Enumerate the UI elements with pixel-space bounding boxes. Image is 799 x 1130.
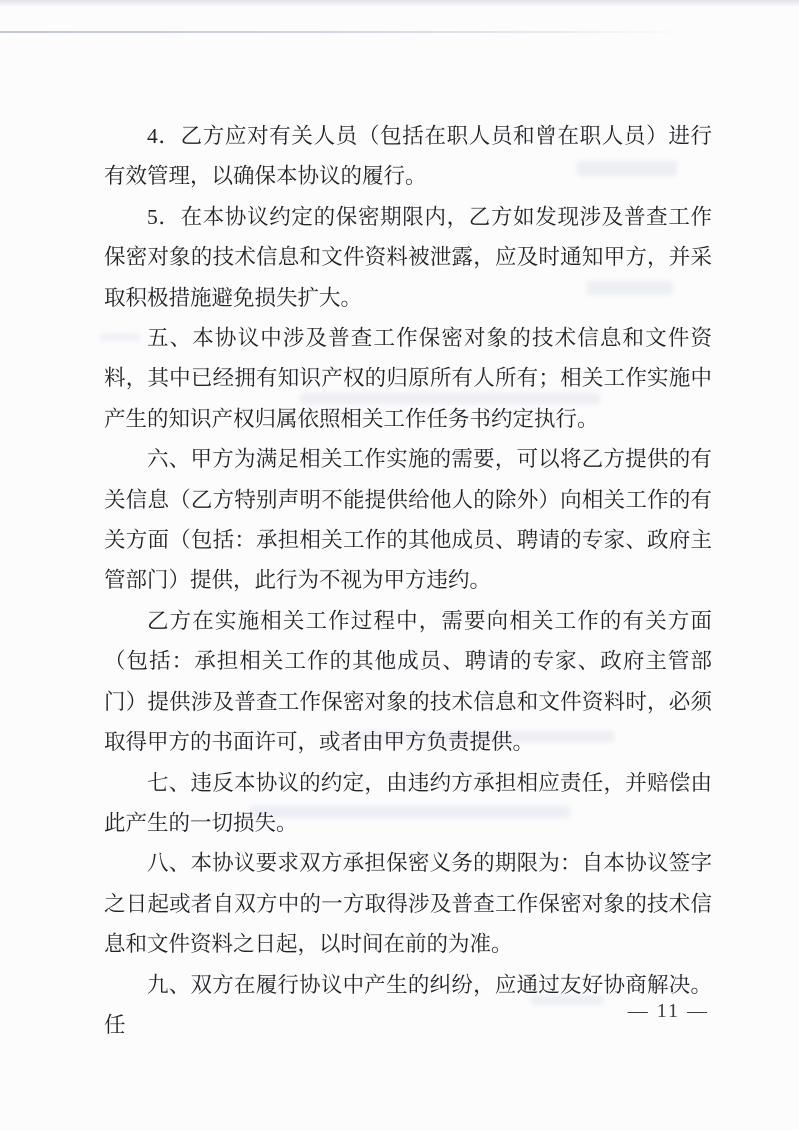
paragraph: 七、违反本协议的约定，由违约方承担相应责任，并赔偿由此产生的一切损失。 [104, 763, 712, 844]
paragraph: 5．在本协议约定的保密期限内，乙方如发现涉及普查工作保密对象的技术信息和文件资料… [104, 197, 712, 318]
paragraph: 六、甲方为满足相关工作实施的需要，可以将乙方提供的有关信息（乙方特别声明不能提供… [104, 439, 712, 601]
paragraph: 4．乙方应对有关人员（包括在职人员和曾在职人员）进行有效管理，以确保本协议的履行… [104, 116, 712, 197]
document-page: 4．乙方应对有关人员（包括在职人员和曾在职人员）进行有效管理，以确保本协议的履行… [0, 0, 799, 1130]
page-number: — 11 — [628, 1000, 709, 1023]
paragraph: 九、双方在履行协议中产生的纠纷，应通过友好协商解决。任 [104, 965, 712, 1046]
scan-edge-shade [0, 0, 799, 7]
paragraph: 乙方在实施相关工作过程中，需要向相关工作的有关方面（包括：承担相关工作的其他成员… [104, 601, 712, 763]
document-body: 4．乙方应对有关人员（包括在职人员和曾在职人员）进行有效管理，以确保本协议的履行… [104, 116, 712, 1045]
paragraph: 八、本协议要求双方承担保密义务的期限为：自本协议签字之日起或者自双方中的一方取得… [104, 843, 712, 964]
scan-artifact-line [0, 31, 688, 33]
paragraph: 五、本协议中涉及普查工作保密对象的技术信息和文件资料，其中已经拥有知识产权的归原… [104, 318, 712, 439]
